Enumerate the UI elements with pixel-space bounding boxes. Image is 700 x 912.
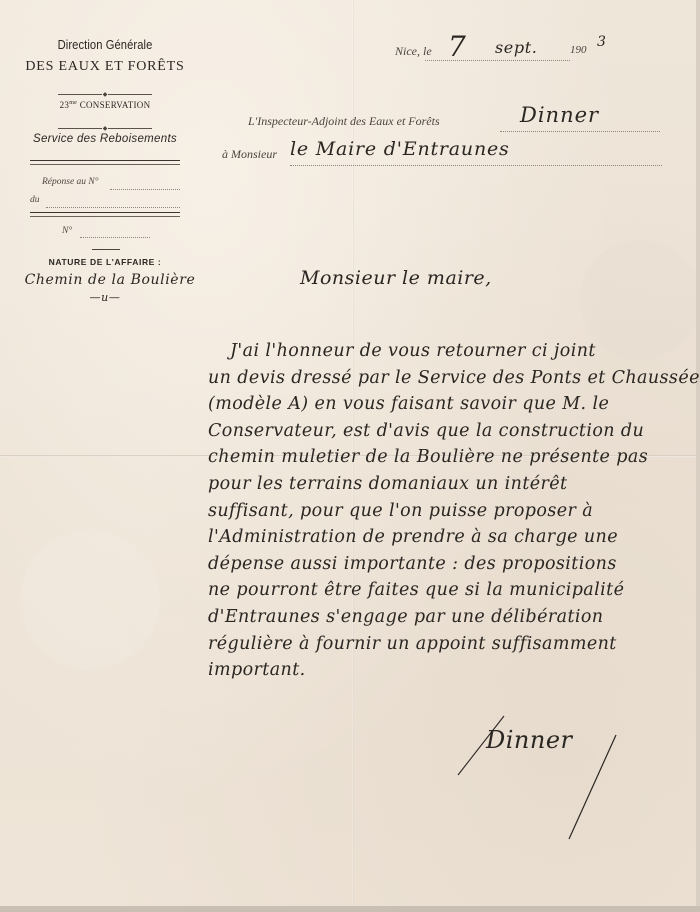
reply-to-field xyxy=(110,189,180,190)
place-label: Nice, le xyxy=(395,44,432,59)
double-rule xyxy=(30,212,180,217)
date-of-field xyxy=(46,207,180,208)
ornament-line xyxy=(58,94,102,95)
short-divider xyxy=(92,249,120,250)
number-label: N° xyxy=(62,226,72,236)
ornament-line xyxy=(108,128,152,129)
recipient-dotted-line xyxy=(290,165,662,166)
body-line: dépense aussi importante : des propositi… xyxy=(208,551,698,578)
date-of-label: du xyxy=(30,195,40,205)
number-field xyxy=(80,237,150,238)
nature-ditto: —u— xyxy=(20,291,190,304)
body-line: important. xyxy=(208,657,698,684)
ornament-divider: ◆ xyxy=(20,85,190,93)
ornament-line xyxy=(58,128,102,129)
date-month: sept. xyxy=(495,38,537,57)
ornament-line xyxy=(108,94,152,95)
salutation: Monsieur le maire, xyxy=(300,267,492,289)
letterhead-conservation: 23me CONSERVATION xyxy=(20,100,190,110)
year-suffix: 3 xyxy=(597,34,607,50)
body-line: Conservateur, est d'avis que la construc… xyxy=(208,418,698,445)
body-line: suffisant, pour que l'on puisse proposer… xyxy=(208,498,698,525)
body-line: J'ai l'honneur de vous retourner ci join… xyxy=(208,338,698,365)
recipient-name: le Maire d'Entraunes xyxy=(290,138,510,160)
body-line: pour les terrains domaniaux un intérêt xyxy=(208,471,698,498)
date-day: 7 xyxy=(448,30,466,63)
nature-label: NATURE DE L'AFFAIRE : xyxy=(20,257,190,267)
body-line: (modèle A) en vous faisant savoir que M.… xyxy=(208,391,698,418)
paper-edge-bottom xyxy=(0,906,700,912)
sender-dotted-line xyxy=(500,131,660,132)
date-dotted-line xyxy=(425,60,570,61)
letterhead-direction: Direction Générale xyxy=(32,37,178,52)
sender-name: Dinner xyxy=(520,103,599,127)
sender-label: L'Inspecteur-Adjoint des Eaux et Forêts xyxy=(248,114,440,129)
body-line: chemin muletier de la Boulière ne présen… xyxy=(208,444,698,471)
year-prefix: 190 xyxy=(570,44,587,56)
letterhead-service-name: DES EAUX ET FORÊTS xyxy=(20,59,190,75)
double-rule xyxy=(30,160,180,165)
body-line: un devis dressé par le Service des Ponts… xyxy=(208,365,698,392)
reply-to-label: Réponse au N° xyxy=(42,177,99,187)
signature: Dinner xyxy=(486,726,573,754)
body-line: régulière à fournir un appoint suffisamm… xyxy=(208,631,698,658)
letter-body: J'ai l'honneur de vous retourner ci join… xyxy=(208,338,698,684)
ornament-divider: ◆ xyxy=(20,119,190,127)
conservation-number: 23 xyxy=(60,100,70,110)
conservation-label: CONSERVATION xyxy=(80,100,151,110)
conservation-suffix: me xyxy=(69,100,77,106)
letterhead-subservice: Service des Reboisements xyxy=(20,133,190,145)
ornament-dot: ◆ xyxy=(103,91,108,98)
ornament-dot: ◆ xyxy=(103,125,108,132)
body-line: ne pourront être faites que si la munici… xyxy=(208,577,698,604)
body-line: l'Administration de prendre à sa charge … xyxy=(208,524,698,551)
body-line: d'Entraunes s'engage par une délibératio… xyxy=(208,604,698,631)
nature-value: Chemin de la Boulière xyxy=(20,272,200,288)
recipient-label: à Monsieur xyxy=(222,147,277,162)
